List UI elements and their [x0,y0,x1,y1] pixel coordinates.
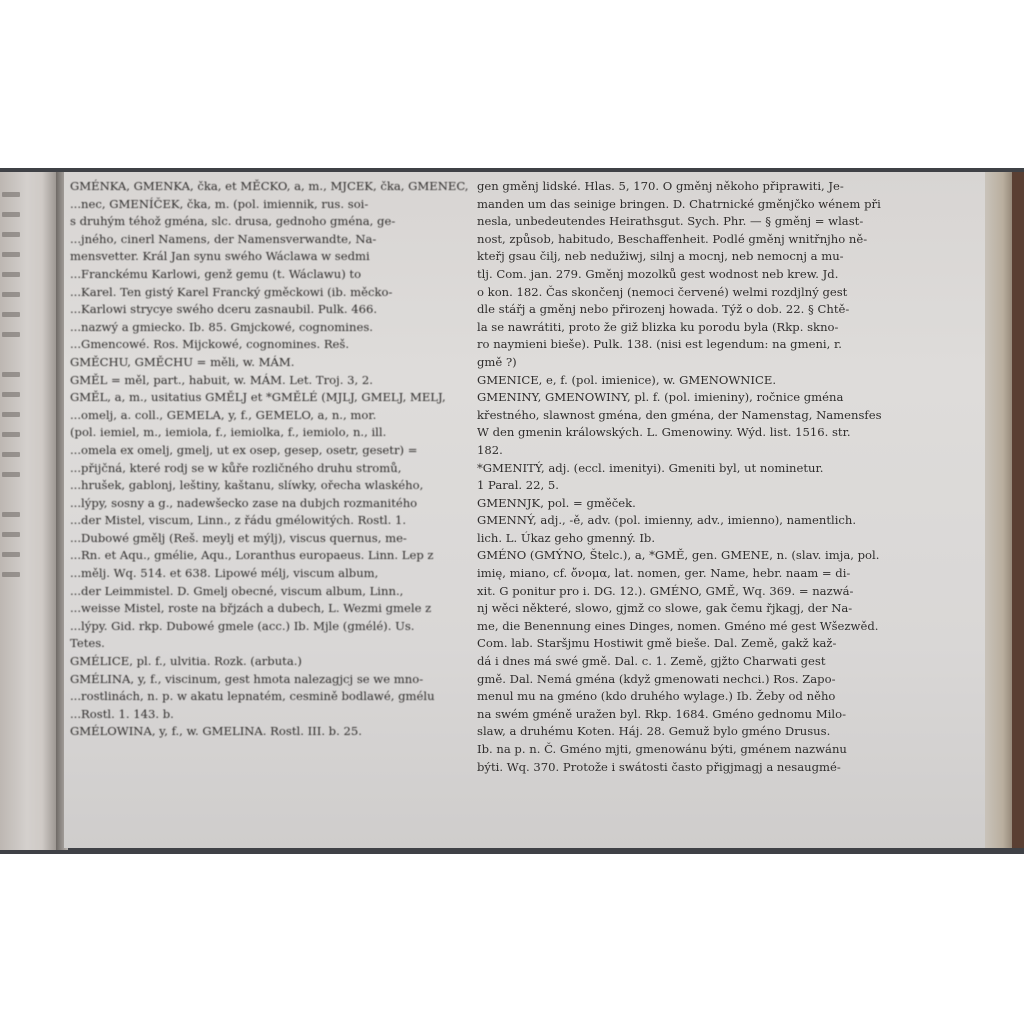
text-line: manden um das seinige bringen. D. Chatrn… [477,196,881,214]
text-line: ...rostlinách, n. p. w akatu lepnatém, c… [70,688,468,706]
text-line: ...Karel. Ten gistý Karel Francký gměcko… [70,284,468,302]
text-line: s druhým téhož gména, slc. drusa, gednoh… [70,213,468,231]
text-line: GMÉNKA, GMENKA, čka, et MĚCKO, a, m., MJ… [70,178,468,196]
text-line: ...weisse Mistel, roste na břjzách a dub… [70,600,468,618]
text-line: Tetes. [70,635,468,653]
page-stack-edge [985,172,1015,848]
text-line: ...Rn. et Aqu., gmélie, Aqu., Loranthus … [70,547,468,565]
text-line: GMĚCHU, GMĚCHU = měli, w. MÁM. [70,354,468,372]
text-line: ...Franckému Karlowi, genž gemu (t. Wácl… [70,266,468,284]
text-line: GMĚL = měl, part., habuit, w. MÁM. Let. … [70,372,468,390]
text-line: ...der Leimmistel. D. Gmelj obecné, visc… [70,583,468,601]
text-line: Com. lab. Staršjmu Hostiwit gmě bieše. D… [477,635,881,653]
text-line: mensvetter. Král Jan synu swého Wáclawa … [70,248,468,266]
text-line: ...hrušek, gablonj, leštiny, kaštanu, sl… [70,477,468,495]
text-line: ...nazwý a gmiecko. Ib. 85. Gmjckowé, co… [70,319,468,337]
text-line: GMĚL, a, m., usitatius GMĚLJ et *GMĚLÉ (… [70,389,468,407]
text-line: ...jného, cinerl Namens, der Namensverwa… [70,231,468,249]
text-line: o kon. 182. Čas skončenj (nemoci červené… [477,284,881,302]
text-line: kteřj gsau čilj, neb nedužiwj, silnj a m… [477,248,881,266]
text-line: ...der Mistel, viscum, Linn., z řádu gmé… [70,512,468,530]
text-line: ...mělj. Wq. 514. et 638. Lipowé mélj, v… [70,565,468,583]
text-line: gmě ?) [477,354,881,372]
text-line: GMENINY, GMENOWINY, pl. f. (pol. imienin… [477,389,881,407]
text-line: me, die Benennung eines Dinges, nomen. G… [477,618,881,636]
text-line: ...Gmencowé. Ros. Mijckowé, cognomines. … [70,336,468,354]
text-line: GMÉNO (GMÝNO, Štelc.), a, *GMĚ, gen. GME… [477,547,881,565]
text-line: dá i dnes má swé gmě. Dal. c. 1. Země, g… [477,653,881,671]
book-cover-edge [1012,172,1024,848]
text-line: (pol. iemiel, m., iemiola, f., iemiolka,… [70,424,468,442]
text-line: ...Dubowé gmělj (Reš. meylj et mýlj), vi… [70,530,468,548]
text-line: lich. L. Úkaz geho gmenný. Ib. [477,530,881,548]
left-facing-page [0,172,60,850]
text-line: ...omelj, a. coll., GEMELA, y, f., GEMEL… [70,407,468,425]
text-line: *GMENITÝ, adj. (eccl. imenityi). Gmeniti… [477,460,881,478]
text-line: GMÉLOWINA, y, f., w. GMELINA. Rostl. III… [70,723,468,741]
text-line: ...Rostl. 1. 143. b. [70,706,468,724]
text-line: GMÉLINA, y, f., viscinum, gest hmota nal… [70,671,468,689]
text-line: GMÉLICE, pl. f., ulvitia. Rozk. (arbuta.… [70,653,468,671]
text-line: 182. [477,442,881,460]
text-line: ...lýpy. Gid. rkp. Dubowé gmele (acc.) I… [70,618,468,636]
text-line: ...přijčná, které rodj se w kůře rozličn… [70,460,468,478]
text-line: ...omela ex omelj, gmelj, ut ex osep, ge… [70,442,468,460]
text-line: W den gmenin králowských. L. Gmenowiny. … [477,424,881,442]
text-line: imię, miano, cf. ὄνομα, lat. nomen, ger.… [477,565,881,583]
text-line: ro naymieni bieše). Pulk. 138. (nisi est… [477,336,881,354]
text-line: ...nec, GMENÍČEK, čka, m. (pol. imiennik… [70,196,468,214]
text-line: nesla, unbedeutendes Heirathsgut. Sych. … [477,213,881,231]
text-line: xit. G ponitur pro i. DG. 12.). GMÉNO, G… [477,583,881,601]
text-line: menul mu na gméno (kdo druhého wylage.) … [477,688,881,706]
text-line: ...lýpy, sosny a g., nadewšecko zase na … [70,495,468,513]
text-line: dle stářj a gměnj nebo přirozenj howada.… [477,301,881,319]
text-line: tlj. Com. jan. 279. Gměnj mozolků gest w… [477,266,881,284]
text-line: gmě. Dal. Nemá gména (když gmenowati nec… [477,671,881,689]
text-line: ...Karlowi strycye swého dceru zasnaubil… [70,301,468,319]
text-line: nj wěci některé, slowo, gjmž co slowe, g… [477,600,881,618]
text-line: 1 Paral. 22, 5. [477,477,881,495]
text-line: slaw, a druhému Koten. Háj. 28. Gemuž by… [477,723,881,741]
text-line: nost, způsob, habitudo, Beschaffenheit. … [477,231,881,249]
text-line: la se nawrátiti, proto že giž blizka ku … [477,319,881,337]
right-text-column: gen gměnj lidské. Hlas. 5, 170. O gměnj … [477,178,881,776]
left-text-column: GMÉNKA, GMENKA, čka, et MĚCKO, a, m., MJ… [70,178,468,741]
text-line: na swém gméně uražen byl. Rkp. 1684. Gmé… [477,706,881,724]
text-line: býti. Wq. 370. Protože i swátosti často … [477,759,881,777]
text-line: gen gměnj lidské. Hlas. 5, 170. O gměnj … [477,178,881,196]
text-line: Ib. na p. n. Č. Gméno mjti, gmenowánu bý… [477,741,881,759]
text-line: GMENICE, e, f. (pol. imienice), w. GMENO… [477,372,881,390]
text-line: GMENNJK, pol. = gměček. [477,495,881,513]
text-line: GMENNÝ, adj., -ě, adv. (pol. imienny, ad… [477,512,881,530]
text-line: křestného, slawnost gména, den gména, de… [477,407,881,425]
